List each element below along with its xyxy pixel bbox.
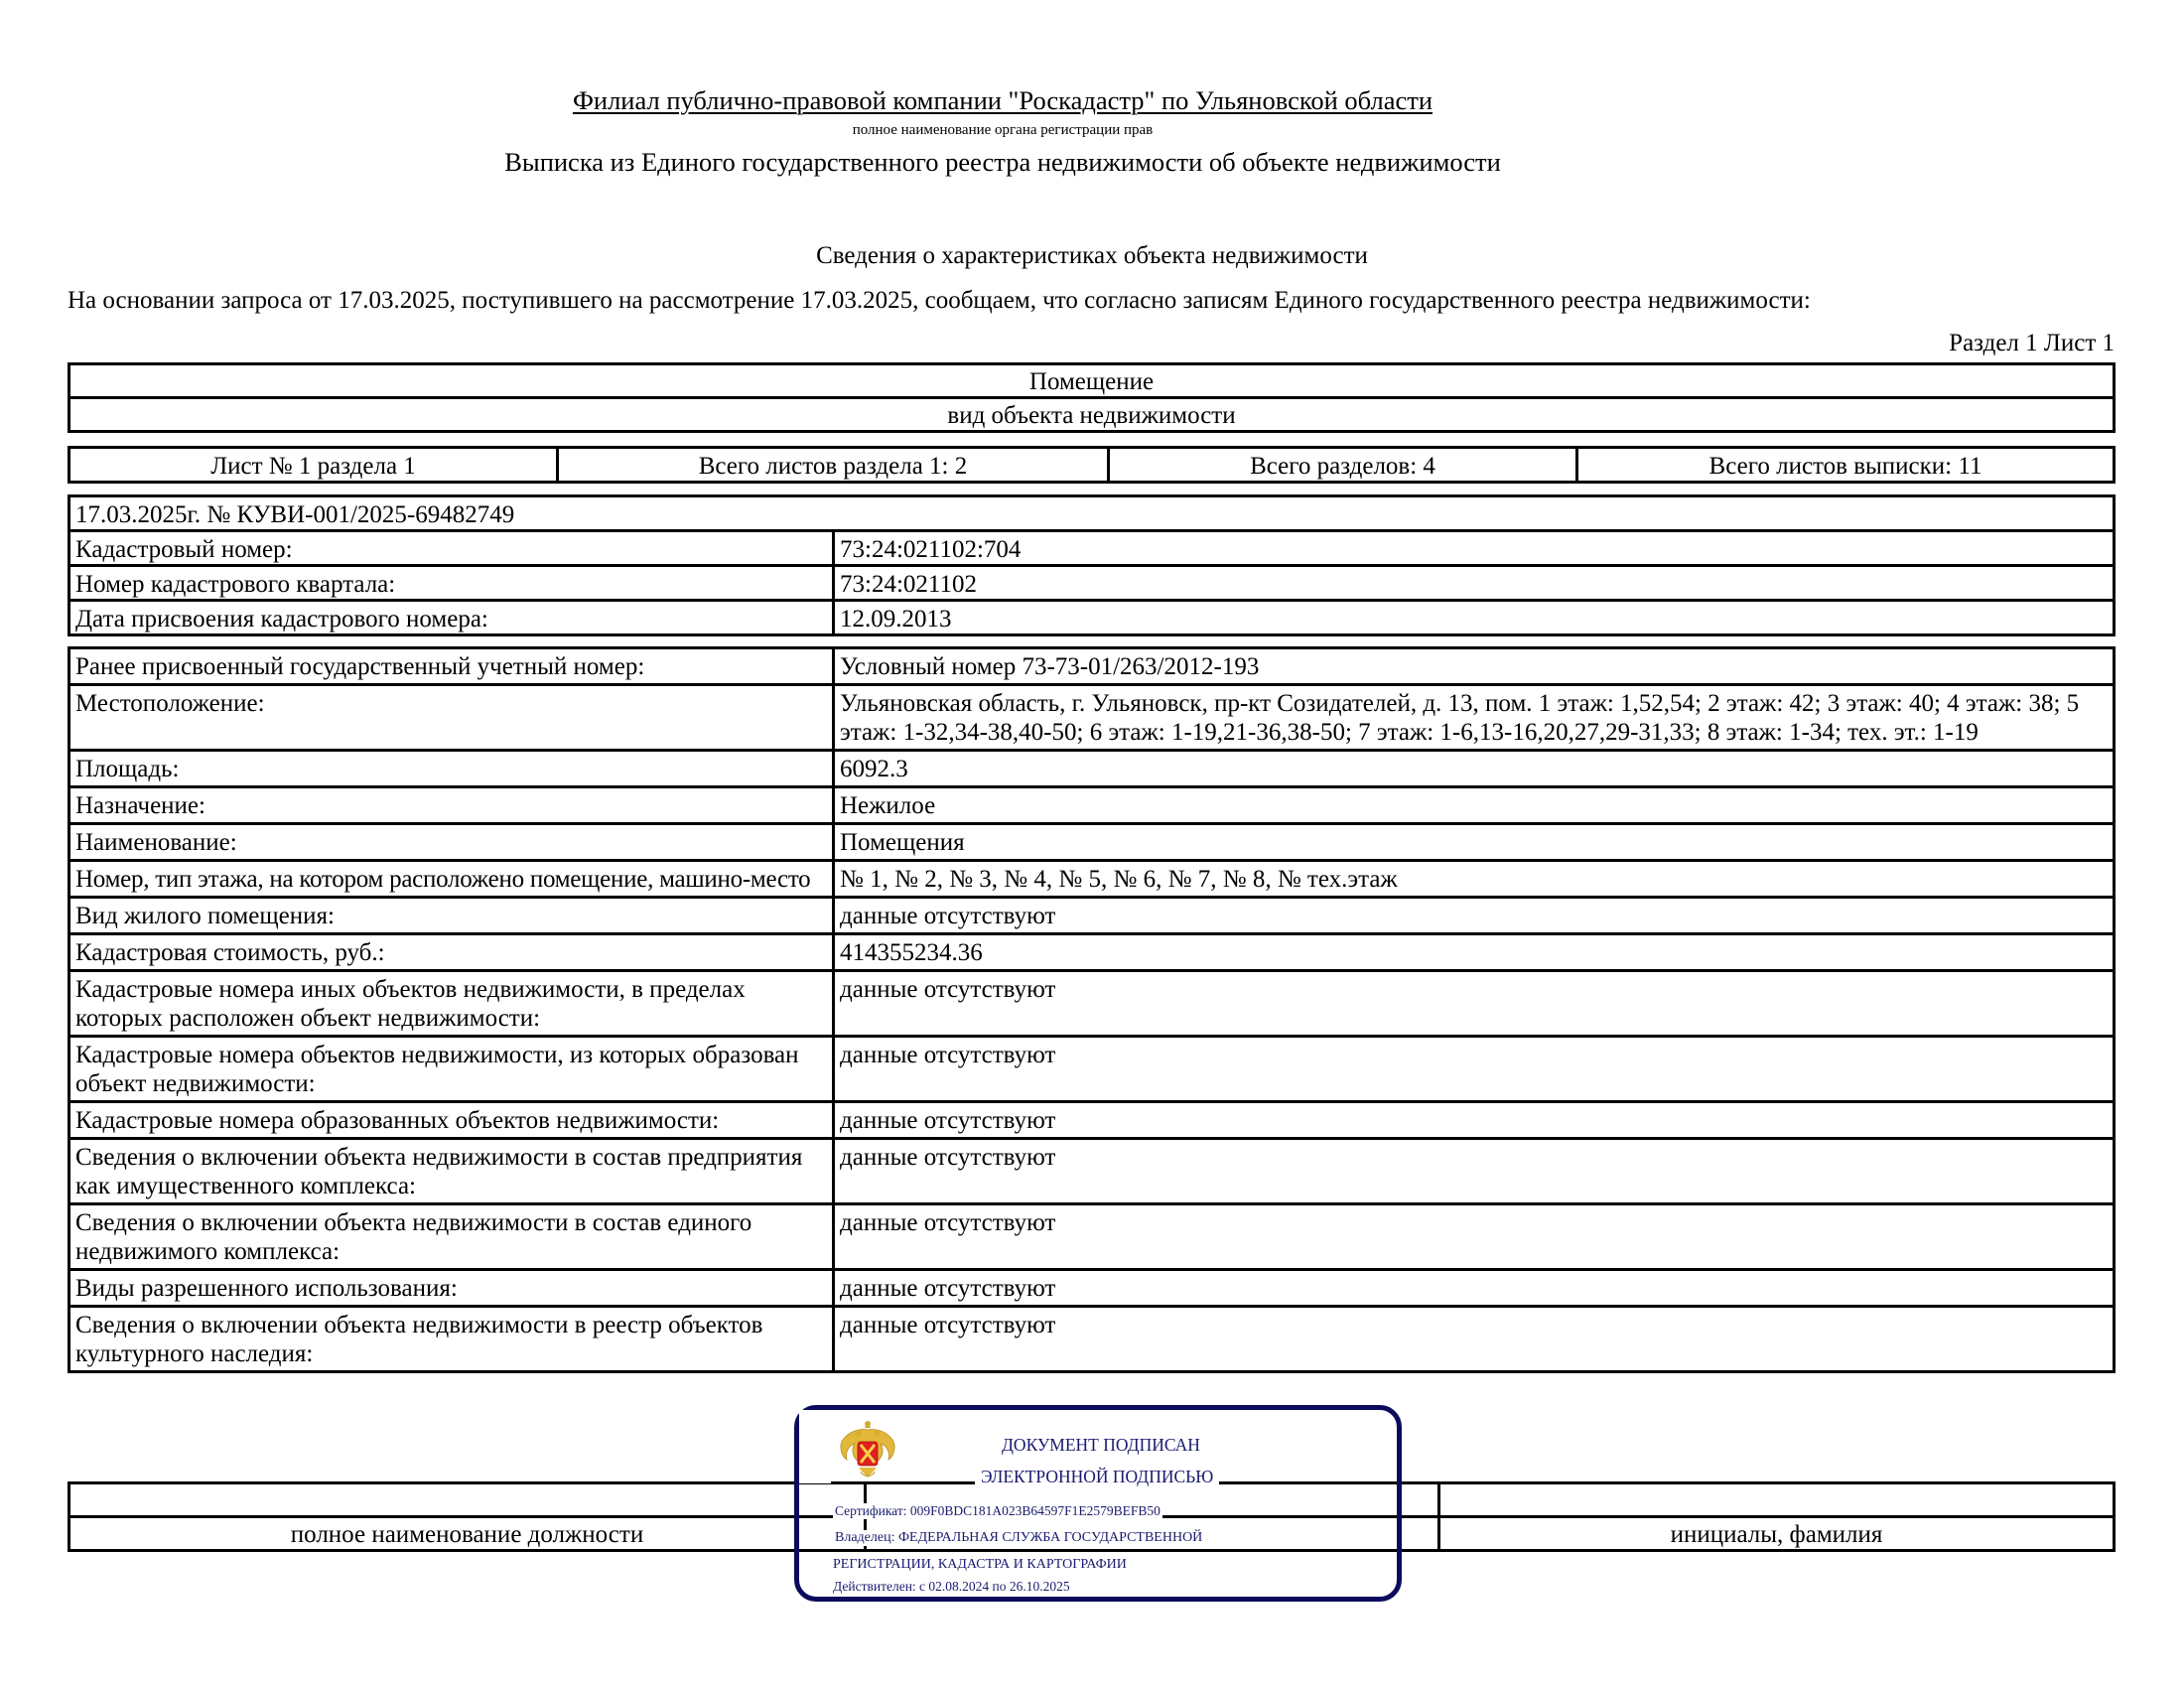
stamp-certificate: Сертификат: 009F0BDC181A023B64597F1E2579… <box>833 1503 1162 1519</box>
position-caption: полное наименование должности <box>69 1517 866 1551</box>
row-value: 414355234.36 <box>834 934 2115 971</box>
position-field <box>69 1483 866 1517</box>
row-label: Кадастровые номера образованных объектов… <box>69 1102 834 1139</box>
row-value: 6092.3 <box>834 751 2115 787</box>
row-value: данные отсутствуют <box>834 1307 2115 1372</box>
row-value: данные отсутствуют <box>834 898 2115 934</box>
table-row: Сведения о включении объекта недвижимост… <box>69 1307 2115 1372</box>
stamp-signed-label: ДОКУМЕНТ ПОДПИСАН <box>998 1435 1204 1456</box>
name-caption: инициалы, фамилия <box>1439 1517 2115 1551</box>
row-label: Номер, тип этажа, на котором расположено… <box>69 861 834 898</box>
sheet-number: Лист № 1 раздела 1 <box>69 448 558 483</box>
row-label: Сведения о включении объекта недвижимост… <box>69 1139 834 1204</box>
row-label: Кадастровый номер: <box>69 531 834 566</box>
extract-sheets-total: Всего листов выписки: 11 <box>1577 448 2115 483</box>
sections-total: Всего разделов: 4 <box>1109 448 1577 483</box>
table-row: Кадастровые номера объектов недвижимости… <box>69 1037 2115 1102</box>
stamp-owner-line2: РЕГИСТРАЦИИ, КАДАСТРА И КАРТОГРАФИИ <box>833 1557 1127 1573</box>
row-label: Вид жилого помещения: <box>69 898 834 934</box>
row-label: Номер кадастрового квартала: <box>69 566 834 601</box>
assignment-date: 12.09.2013 <box>834 601 2115 635</box>
stamp-esign-label: ЭЛЕКТРОННОЙ ПОДПИСЬЮ <box>975 1467 1219 1487</box>
table-row: Сведения о включении объекта недвижимост… <box>69 1139 2115 1204</box>
row-label: Дата присвоения кадастрового номера: <box>69 601 834 635</box>
row-value: данные отсутствуют <box>834 1204 2115 1270</box>
table-row: Наименование:Помещения <box>69 824 2115 861</box>
row-value: Ульяновская область, г. Ульяновск, пр-кт… <box>834 685 2115 751</box>
object-kind-caption: вид объекта недвижимости <box>69 398 2115 432</box>
table-row: Кадастровые номера образованных объектов… <box>69 1102 2115 1139</box>
document-title: Выписка из Единого государственного реес… <box>0 147 2005 178</box>
table-row: Дата присвоения кадастрового номера: 12.… <box>69 601 2115 635</box>
row-value: данные отсутствуют <box>834 1102 2115 1139</box>
row-label: Виды разрешенного использования: <box>69 1270 834 1307</box>
table-row: Вид жилого помещения:данные отсутствуют <box>69 898 2115 934</box>
row-label: Сведения о включении объекта недвижимост… <box>69 1204 834 1270</box>
table-row: Номер кадастрового квартала: 73:24:02110… <box>69 566 2115 601</box>
table-row: Местоположение:Ульяновская область, г. У… <box>69 685 2115 751</box>
row-value: № 1, № 2, № 3, № 4, № 5, № 6, № 7, № 8, … <box>834 861 2115 898</box>
row-label: Ранее присвоенный государственный учетны… <box>69 648 834 685</box>
table-row: Сведения о включении объекта недвижимост… <box>69 1204 2115 1270</box>
row-label: Наименование: <box>69 824 834 861</box>
row-label: Сведения о включении объекта недвижимост… <box>69 1307 834 1372</box>
table-row: Кадастровые номера иных объектов недвижи… <box>69 971 2115 1037</box>
table-row: Назначение:Нежилое <box>69 787 2115 824</box>
name-field <box>1439 1483 2115 1517</box>
request-statement: На основании запроса от 17.03.2025, пост… <box>68 287 1811 315</box>
row-label: Площадь: <box>69 751 834 787</box>
row-value: Помещения <box>834 824 2115 861</box>
table-row: Площадь:6092.3 <box>69 751 2115 787</box>
row-value: данные отсутствуют <box>834 1270 2115 1307</box>
sheet-info-table: Лист № 1 раздела 1 Всего листов раздела … <box>68 446 2116 484</box>
row-value: данные отсутствуют <box>834 1139 2115 1204</box>
row-label: Кадастровая стоимость, руб.: <box>69 934 834 971</box>
row-value: Условный номер 73-73-01/263/2012-193 <box>834 648 2115 685</box>
row-label: Назначение: <box>69 787 834 824</box>
row-value: Нежилое <box>834 787 2115 824</box>
stamp-validity: Действителен: с 02.08.2024 по 26.10.2025 <box>833 1579 1070 1595</box>
cadastral-quarter: 73:24:021102 <box>834 566 2115 601</box>
cadastral-number: 73:24:021102:704 <box>834 531 2115 566</box>
table-row: Кадастровый номер: 73:24:021102:704 <box>69 531 2115 566</box>
table-row: Кадастровая стоимость, руб.:414355234.36 <box>69 934 2115 971</box>
row-label: Кадастровые номера объектов недвижимости… <box>69 1037 834 1102</box>
row-value: данные отсутствуют <box>834 971 2115 1037</box>
characteristics-table: Ранее присвоенный государственный учетны… <box>68 646 2116 1373</box>
section-sheet-label: Раздел 1 Лист 1 <box>1949 330 2115 357</box>
coat-of-arms-icon <box>835 1416 900 1483</box>
table-row: Ранее присвоенный государственный учетны… <box>69 648 2115 685</box>
electronic-signature-stamp: ДОКУМЕНТ ПОДПИСАН ЭЛЕКТРОННОЙ ПОДПИСЬЮ С… <box>794 1405 1402 1602</box>
registration-body-caption: полное наименование органа регистрации п… <box>0 122 2005 139</box>
stamp-owner-line1: Владелец: ФЕДЕРАЛЬНАЯ СЛУЖБА ГОСУДАРСТВЕ… <box>833 1530 1204 1546</box>
section-heading: Сведения о характеристиках объекта недви… <box>0 242 2184 270</box>
object-kind-table: Помещение вид объекта недвижимости <box>68 362 2116 433</box>
row-value: данные отсутствуют <box>834 1037 2115 1102</box>
identification-table: 17.03.2025г. № КУВИ-001/2025-69482749 Ка… <box>68 494 2116 636</box>
row-label: Местоположение: <box>69 685 834 751</box>
document-number: 17.03.2025г. № КУВИ-001/2025-69482749 <box>69 496 2115 531</box>
registration-body-name: Филиал публично-правовой компании "Роска… <box>0 85 2005 116</box>
table-row: Номер, тип этажа, на котором расположено… <box>69 861 2115 898</box>
section-sheets-total: Всего листов раздела 1: 2 <box>558 448 1109 483</box>
table-row: Виды разрешенного использования:данные о… <box>69 1270 2115 1307</box>
row-label: Кадастровые номера иных объектов недвижи… <box>69 971 834 1037</box>
object-kind-value: Помещение <box>69 364 2115 398</box>
